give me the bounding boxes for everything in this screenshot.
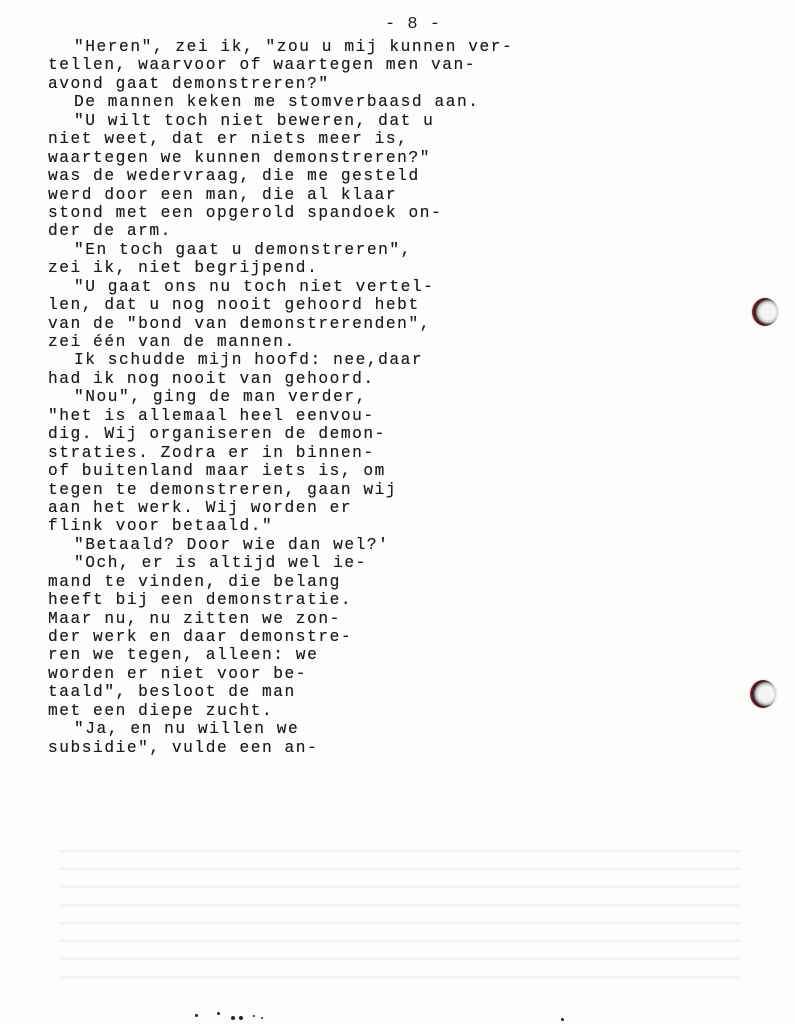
text-line: had ik nog nooit van gehoord. — [48, 370, 513, 388]
typescript-body: "Heren", zei ik, "zou u mij kunnen ver-t… — [48, 38, 513, 757]
text-line: "U gaat ons nu toch niet vertel- — [48, 278, 513, 296]
text-line: zei één van de mannen. — [48, 333, 513, 351]
text-line: avond gaat demonstreren?" — [48, 75, 513, 93]
text-line: werd door een man, die al klaar — [48, 186, 513, 204]
text-line: der de arm. — [48, 222, 513, 240]
text-line: "het is allemaal heel eenvou- — [48, 407, 513, 425]
text-line: tegen te demonstreren, gaan wij — [48, 481, 513, 499]
text-line: dig. Wij organiseren de demon- — [48, 425, 513, 443]
text-line: "Nou", ging de man verder, — [48, 388, 513, 406]
text-line: mand te vinden, die belang — [48, 573, 513, 591]
text-line: "U wilt toch niet beweren, dat u — [48, 112, 513, 130]
text-line: van de "bond van demonstrerenden", — [48, 315, 513, 333]
text-line: "Heren", zei ik, "zou u mij kunnen ver- — [48, 38, 513, 56]
text-line: "Och, er is altijd wel ie- — [48, 554, 513, 572]
text-line: straties. Zodra er in binnen- — [48, 444, 513, 462]
text-line: stond met een opgerold spandoek on- — [48, 204, 513, 222]
punch-hole-icon — [752, 298, 778, 326]
text-line: "En toch gaat u demonstreren", — [48, 241, 513, 259]
text-line: tellen, waarvoor of waartegen men van- — [48, 56, 513, 74]
text-line: aan het werk. Wij worden er — [48, 499, 513, 517]
text-line: taald", besloot de man — [48, 683, 513, 701]
text-line: of buitenland maar iets is, om — [48, 462, 513, 480]
text-line: "Betaald? Door wie dan wel?' — [48, 536, 513, 554]
text-line: subsidie", vulde een an- — [48, 739, 513, 757]
text-line: Maar nu, nu zitten we zon- — [48, 610, 513, 628]
text-line: worden er niet voor be- — [48, 665, 513, 683]
text-line: niet weet, dat er niets meer is, — [48, 130, 513, 148]
text-line: heeft bij een demonstratie. — [48, 591, 513, 609]
text-line: der werk en daar demonstre- — [48, 628, 513, 646]
text-line: Ik schudde mijn hoofd: nee,daar — [48, 351, 513, 369]
text-line: flink voor betaald." — [48, 517, 513, 535]
text-line: was de wedervraag, die me gesteld — [48, 167, 513, 185]
text-line: waartegen we kunnen demonstreren?" — [48, 149, 513, 167]
page-number: - 8 - — [385, 15, 441, 34]
text-line: De mannen keken me stomverbaasd aan. — [48, 93, 513, 111]
text-line: zei ik, niet begrijpend. — [48, 259, 513, 277]
punch-hole-icon — [750, 680, 776, 708]
text-line: "Ja, en nu willen we — [48, 720, 513, 738]
bleed-through-text — [60, 840, 740, 980]
text-line: met een diepe zucht. — [48, 702, 513, 720]
text-line: len, dat u nog nooit gehoord hebt — [48, 296, 513, 314]
ink-specks — [195, 1012, 285, 1022]
text-line: ren we tegen, alleen: we — [48, 646, 513, 664]
